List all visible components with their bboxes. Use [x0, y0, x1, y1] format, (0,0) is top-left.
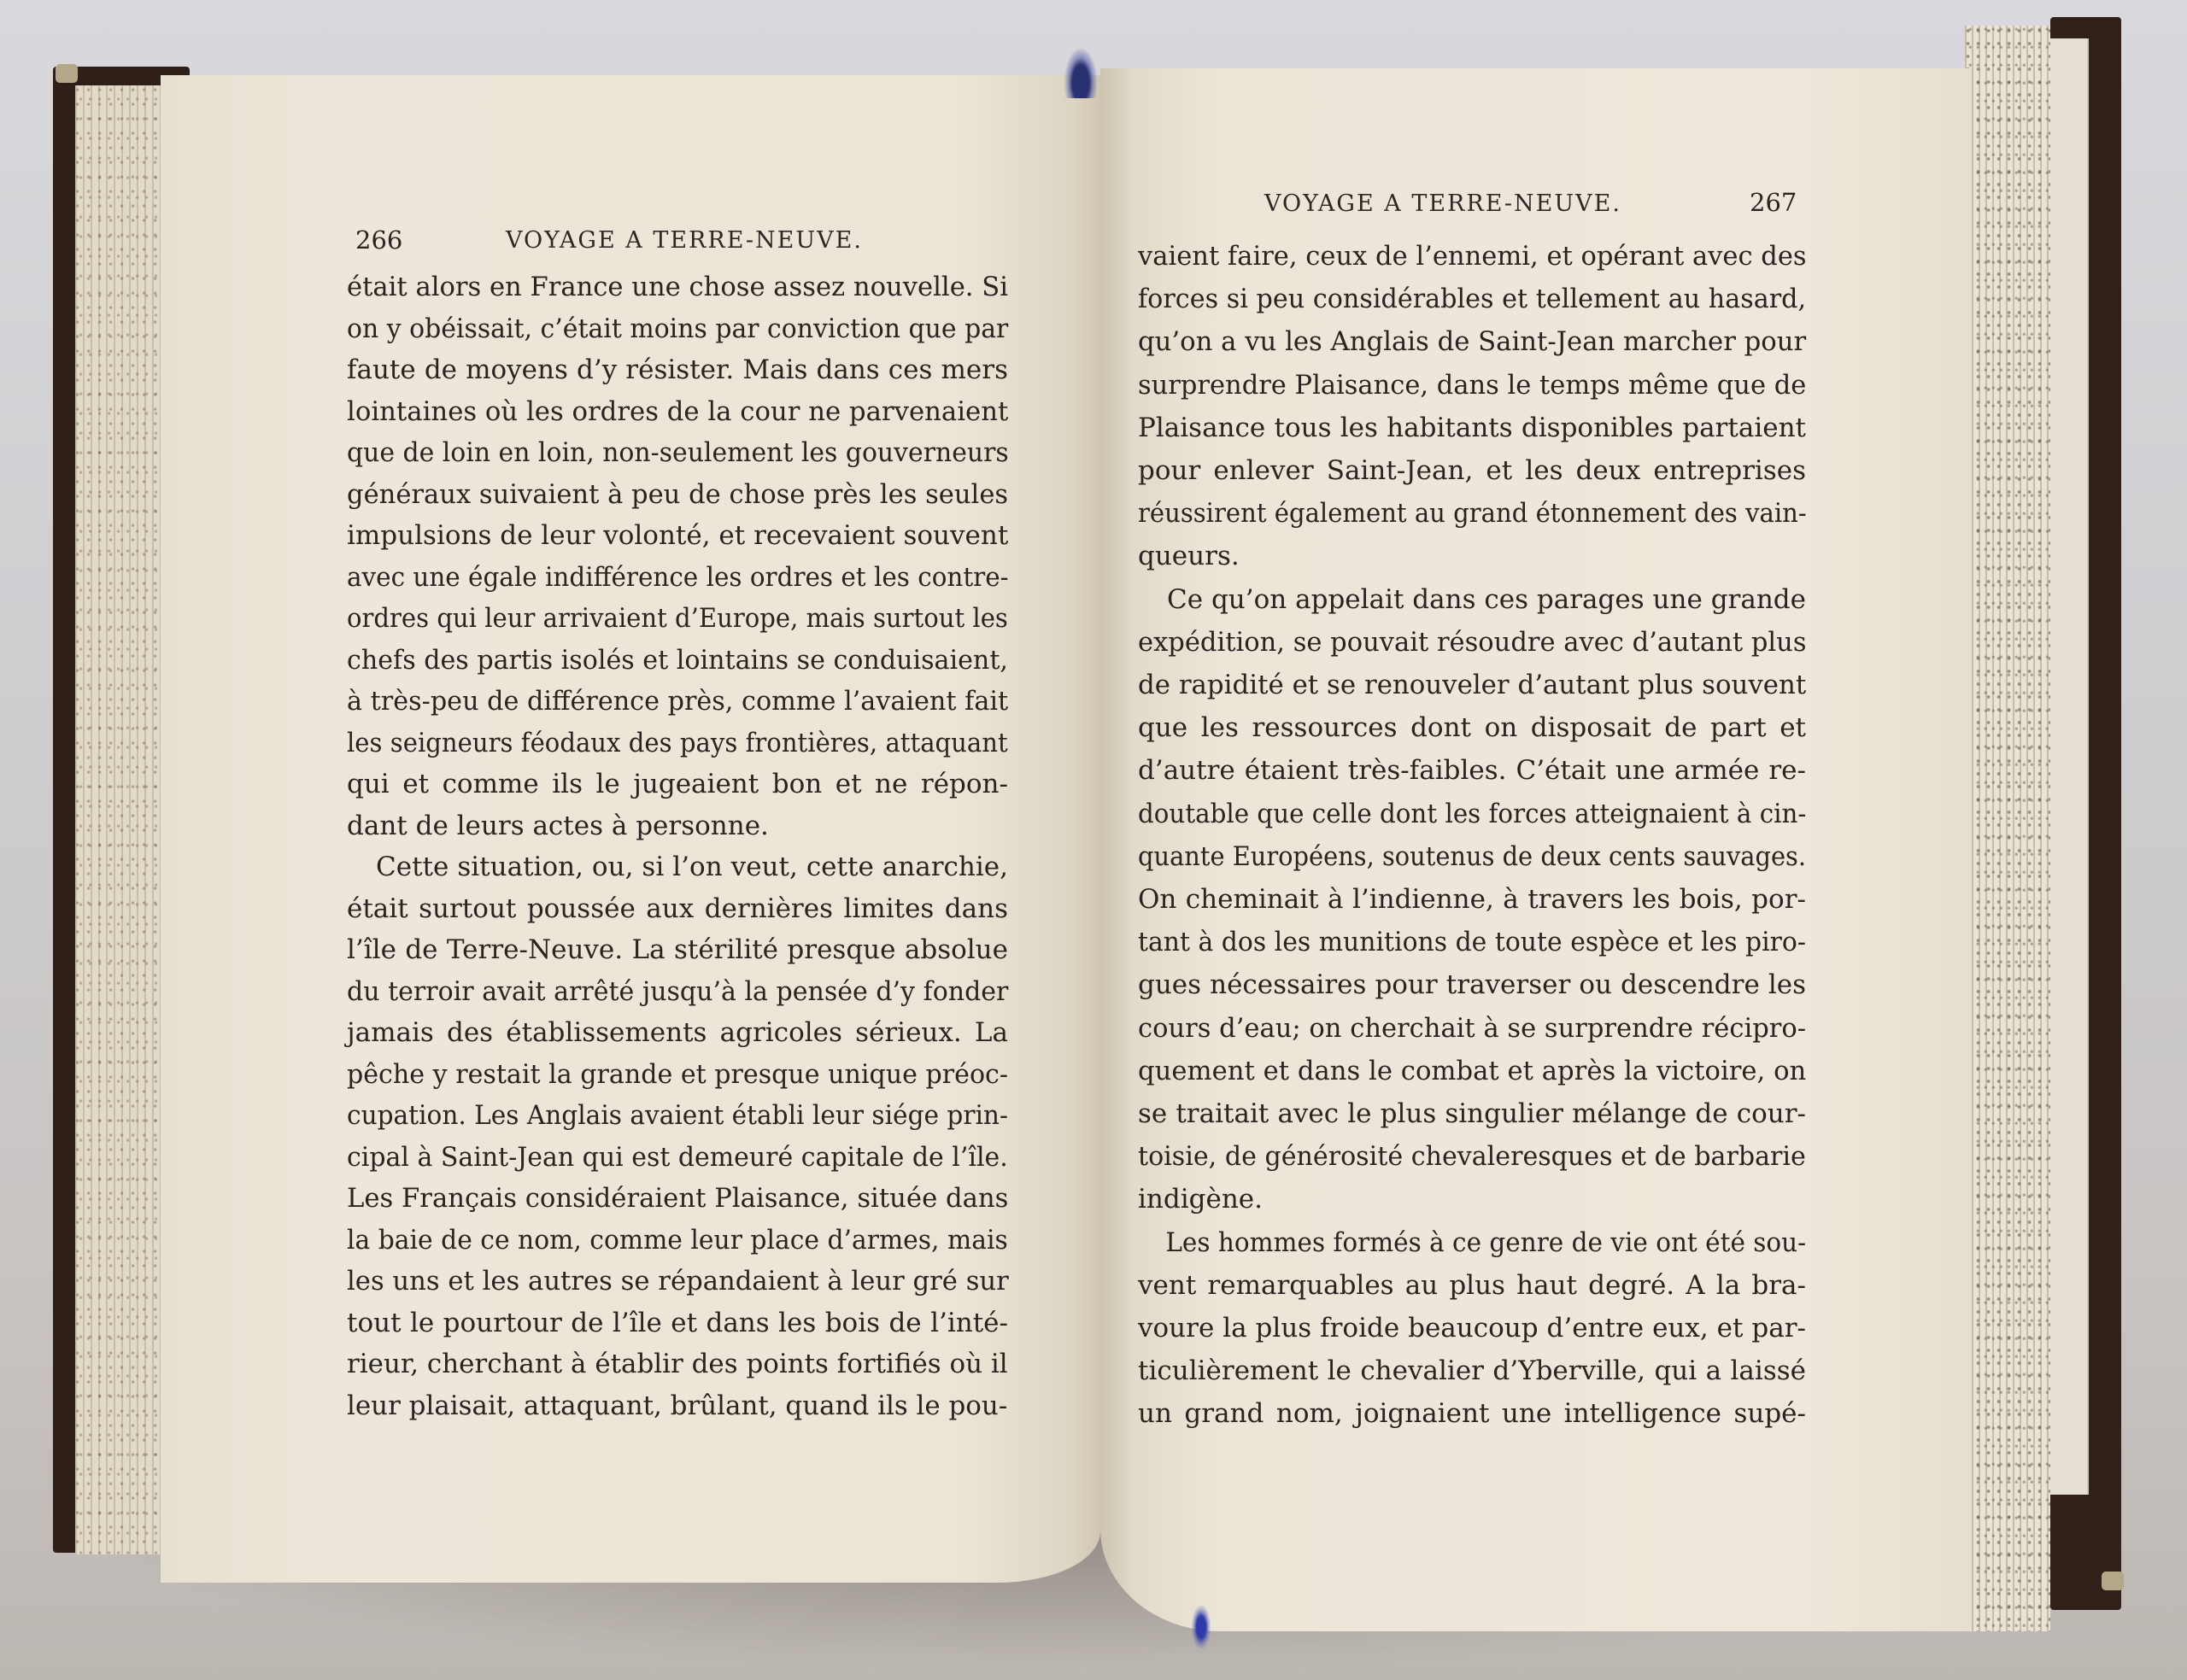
text-line: cupation. Les Anglais avaient établi leu…	[347, 1098, 1008, 1133]
text-line: quement et dans le combat et après la vi…	[1138, 1054, 1806, 1088]
page-number: 266	[355, 225, 402, 255]
text-line: Ce qu’on appelait dans ces parages une g…	[1138, 582, 1806, 617]
headband-thread	[1064, 47, 1098, 98]
text-line: impulsions de leur volonté, et recevaien…	[347, 518, 1008, 553]
text-line: ordres qui leur arrivaient d’Europe, mai…	[347, 601, 1008, 635]
text-line: On cheminait à l’indienne, à travers les…	[1138, 882, 1806, 916]
running-head: VOYAGE A TERRE-NEUVE.	[506, 227, 863, 254]
text-line: rieur, cherchant à établir des points fo…	[347, 1347, 1008, 1381]
text-line: toisie, de générosité chevaleresques et …	[1138, 1139, 1806, 1174]
text-line: que les ressources dont on disposait de …	[1138, 711, 1806, 745]
text-line: pour enlever Saint-Jean, et les deux ent…	[1138, 454, 1806, 488]
text-line: dant de leurs actes à personne.	[347, 809, 1008, 843]
text-line: gues nécessaires pour traverser ou desce…	[1138, 968, 1806, 1002]
text-line: queurs.	[1138, 539, 1806, 573]
text-line: Les hommes formés à ce genre de vie ont …	[1138, 1226, 1806, 1260]
text-line: indigène.	[1138, 1182, 1806, 1216]
page-number: 267	[1750, 188, 1797, 217]
text-line: la baie de ce nom, comme leur place d’ar…	[347, 1223, 1008, 1257]
text-line: réussirent également au grand étonnement…	[1138, 496, 1806, 530]
headband-thread	[1192, 1606, 1211, 1648]
text-line: Plaisance tous les habitants disponibles…	[1138, 411, 1806, 445]
left-page: 266 VOYAGE A TERRE-NEUVE. était alors en…	[161, 75, 1100, 1583]
text-line: expédition, se pouvait résoudre avec d’a…	[1138, 625, 1806, 659]
text-line: vaient faire, ceux de l’ennemi, et opéra…	[1138, 239, 1806, 273]
text-line: leur plaisait, attaquant, brûlant, quand…	[347, 1389, 1006, 1423]
text-line: Les Français considéraient Plaisance, si…	[347, 1181, 1008, 1215]
text-line: voure la plus froide beaucoup d’entre eu…	[1138, 1311, 1806, 1345]
text-line: se traitait avec le plus singulier mélan…	[1138, 1097, 1806, 1131]
text-line: généraux suivaient à peu de chose près l…	[347, 477, 1008, 512]
text-line: de rapidité et se renouveler d’autant pl…	[1138, 668, 1806, 702]
text-line: du terroir avait arrêté jusqu’à la pensé…	[347, 975, 1008, 1009]
text-line: tant à dos les munitions de toute espèce…	[1138, 925, 1806, 959]
text-line: que de loin en loin, non-seulement les g…	[347, 436, 1008, 470]
right-page-edges	[1965, 26, 2050, 1631]
running-head: VOYAGE A TERRE-NEUVE.	[1264, 190, 1621, 217]
text-line: tout le pourtour de l’île et dans les bo…	[347, 1306, 1008, 1340]
text-line: forces si peu considérables et tellement…	[1138, 282, 1806, 316]
text-line: un grand nom, joignaient une intelligenc…	[1138, 1396, 1806, 1431]
text-line: les uns et les autres se répandaient à l…	[347, 1264, 1008, 1298]
text-line: cipal à Saint-Jean qui est demeuré capit…	[347, 1140, 1008, 1174]
text-line: surprendre Plaisance, dans le temps même…	[1138, 368, 1806, 402]
text-line: à très-peu de différence près, comme l’a…	[347, 684, 1008, 718]
text-line: jamais des établissements agricoles séri…	[347, 1016, 1008, 1050]
text-line: on y obéissait, c’était moins par convic…	[347, 312, 1008, 346]
cover-corner-wear	[56, 64, 78, 83]
text-line: était surtout poussée aux dernières limi…	[347, 892, 1008, 926]
text-line: doutable que celle dont les forces attei…	[1138, 797, 1806, 831]
text-line: qui et comme ils le jugeaient bon et ne …	[347, 767, 1008, 801]
text-line: lointaines où les ordres de la cour ne p…	[347, 395, 1008, 429]
right-endpaper	[2046, 38, 2089, 1495]
text-line: d’autre étaient très-faibles. C’était un…	[1138, 753, 1806, 787]
right-page: VOYAGE A TERRE-NEUVE. 267 vaient faire, …	[1100, 68, 1972, 1631]
text-line: l’île de Terre-Neuve. La stérilité presq…	[347, 933, 1008, 967]
cover-corner-wear	[2102, 1572, 2124, 1590]
text-line: vent remarquables au plus haut degré. A …	[1138, 1268, 1806, 1302]
left-page-edges	[75, 85, 171, 1554]
text-line: les seigneurs féodaux des pays frontière…	[347, 726, 1008, 760]
text-line: qu’on a vu les Anglais de Saint-Jean mar…	[1138, 325, 1806, 359]
text-line: faute de moyens d’y résister. Mais dans …	[347, 353, 1008, 387]
text-line: quante Européens, soutenus de deux cents…	[1138, 840, 1806, 874]
text-line: Cette situation, ou, si l’on veut, cette…	[347, 850, 1008, 884]
text-line: chefs des partis isolés et lointains se …	[347, 643, 1008, 677]
text-line: pêche y restait la grande et presque uni…	[347, 1057, 1008, 1092]
text-line: cours d’eau; on cherchait à se surprendr…	[1138, 1011, 1806, 1045]
text-line: ticulièrement le chevalier d’Yberville, …	[1138, 1354, 1806, 1388]
text-line: avec une égale indifférence les ordres e…	[347, 560, 1008, 594]
text-line: était alors en France une chose assez no…	[347, 270, 1008, 304]
